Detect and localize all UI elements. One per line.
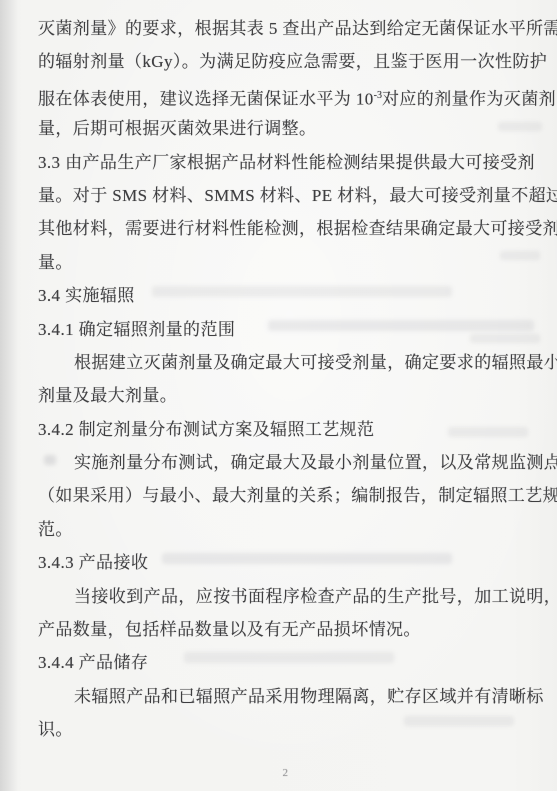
text-line: 产品数量，包括样品数量以及有无产品损坏情况。: [38, 613, 543, 646]
text-segment: 对应的剂量作为灭菌剂: [382, 89, 556, 108]
text-line: （如果采用）与最小、最大剂量的关系；编制报告，制定辐照工艺规: [38, 479, 543, 512]
page-number: 2: [283, 767, 289, 779]
text-line: 服在体表使用，建议选择无菌保证水平为 10-3对应的剂量作为灭菌剂: [38, 79, 543, 112]
text-line: 未辐照产品和已辐照产品采用物理隔离，贮存区域并有清晰标: [38, 680, 543, 713]
text-line: 根据建立灭菌剂量及确定最大可接受剂量，确定要求的辐照最小: [38, 346, 543, 379]
text-line: 范。: [38, 513, 543, 546]
document-lines: 灭菌剂量》的要求，根据其表 5 查出产品达到给定无菌保证水平所需的辐射剂量（kG…: [38, 12, 543, 747]
text-line: 3.4.1 确定辐照剂量的范围: [38, 313, 543, 346]
text-line: 3.4.4 产品储存: [38, 646, 543, 679]
text-line: 量，后期可根据灭菌效果进行调整。: [38, 112, 543, 145]
text-line: 剂量及最大剂量。: [38, 379, 543, 412]
text-line: 3.3 由产品生产厂家根据产品材料性能检测结果提供最大可接受剂: [38, 146, 543, 179]
text-line: 的辐射剂量（kGy）。为满足防疫应急需要，且鉴于医用一次性防护: [38, 45, 543, 78]
text-line: 量。: [38, 246, 543, 279]
text-line: 其他材料，需要进行材料性能检测，根据检查结果确定最大可接受剂: [38, 212, 543, 245]
text-segment: 服在体表使用，建议选择无菌保证水平为 10: [38, 89, 374, 108]
text-line: 量。对于 SMS 材料、SMMS 材料、PE 材料，最大可接受剂量不超过 50k…: [38, 179, 543, 212]
scanned-document-page: 灭菌剂量》的要求，根据其表 5 查出产品达到给定无菌保证水平所需的辐射剂量（kG…: [0, 0, 557, 791]
scan-edge-shadow: [0, 0, 18, 791]
text-line: 灭菌剂量》的要求，根据其表 5 查出产品达到给定无菌保证水平所需: [38, 12, 543, 45]
text-line: 识。: [38, 713, 543, 746]
text-line: 实施剂量分布测试，确定最大及最小剂量位置，以及常规监测点: [38, 446, 543, 479]
text-line: 3.4.3 产品接收: [38, 546, 543, 579]
text-line: 3.4 实施辐照: [38, 279, 543, 312]
text-line: 当接收到产品，应按书面程序检查产品的生产批号，加工说明，: [38, 580, 543, 613]
text-line: 3.4.2 制定剂量分布测试方案及辐照工艺规范: [38, 413, 543, 446]
superscript-exponent: -3: [374, 90, 382, 101]
